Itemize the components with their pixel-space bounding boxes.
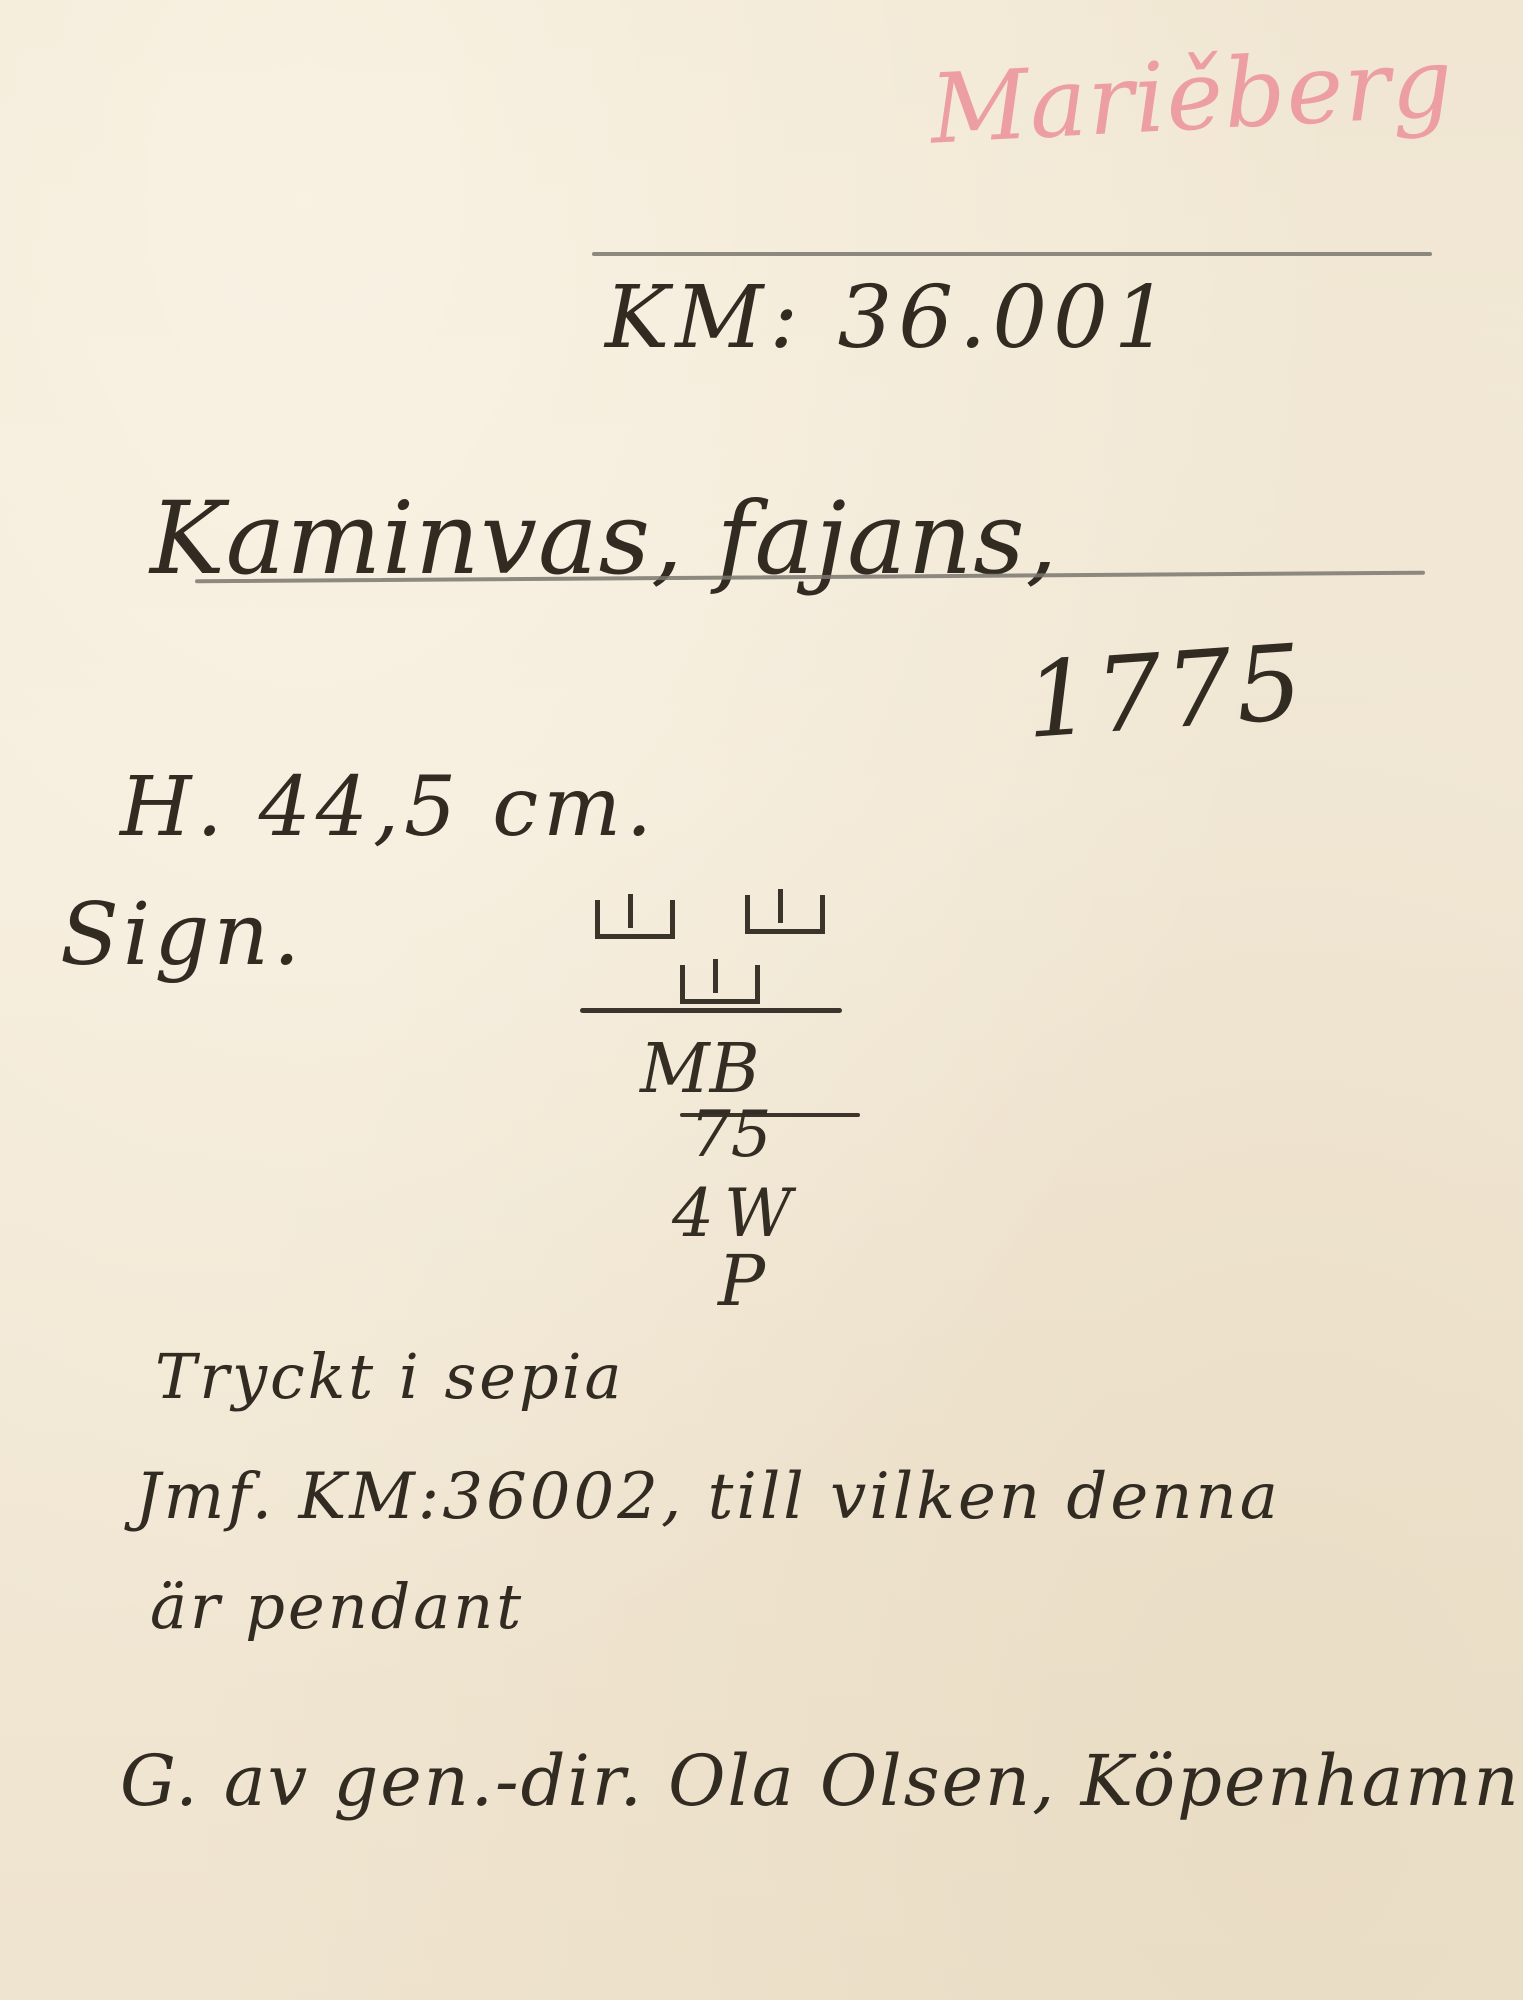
location-note: Mariěberg — [927, 26, 1456, 165]
mark-75: 75 — [690, 1098, 771, 1172]
technique-note: Tryckt i sepia — [155, 1340, 624, 1413]
mark-p: P — [718, 1240, 765, 1322]
top-rule — [592, 252, 1432, 256]
signature-label: Sign. — [60, 885, 304, 985]
crown-icon — [595, 900, 675, 939]
object-date: 1775 — [1021, 621, 1309, 762]
provenance-note: G. av gen.-dir. Ola Olsen, Köpenhamn — [120, 1740, 1521, 1822]
reference-note-continued: är pendant — [150, 1570, 524, 1643]
crown-icon — [680, 965, 760, 1004]
reference-note: Jmf. KM:36002, till vilken denna — [135, 1460, 1281, 1534]
crown-icon — [745, 895, 825, 934]
object-dimensions: H. 44,5 cm. — [120, 760, 657, 855]
marks-divider — [580, 1008, 842, 1013]
catalogue-number: KM: 36.001 — [605, 268, 1175, 368]
catalogue-card: Mariěberg KM: 36.001 Kaminvas, fajans, 1… — [0, 0, 1523, 2000]
